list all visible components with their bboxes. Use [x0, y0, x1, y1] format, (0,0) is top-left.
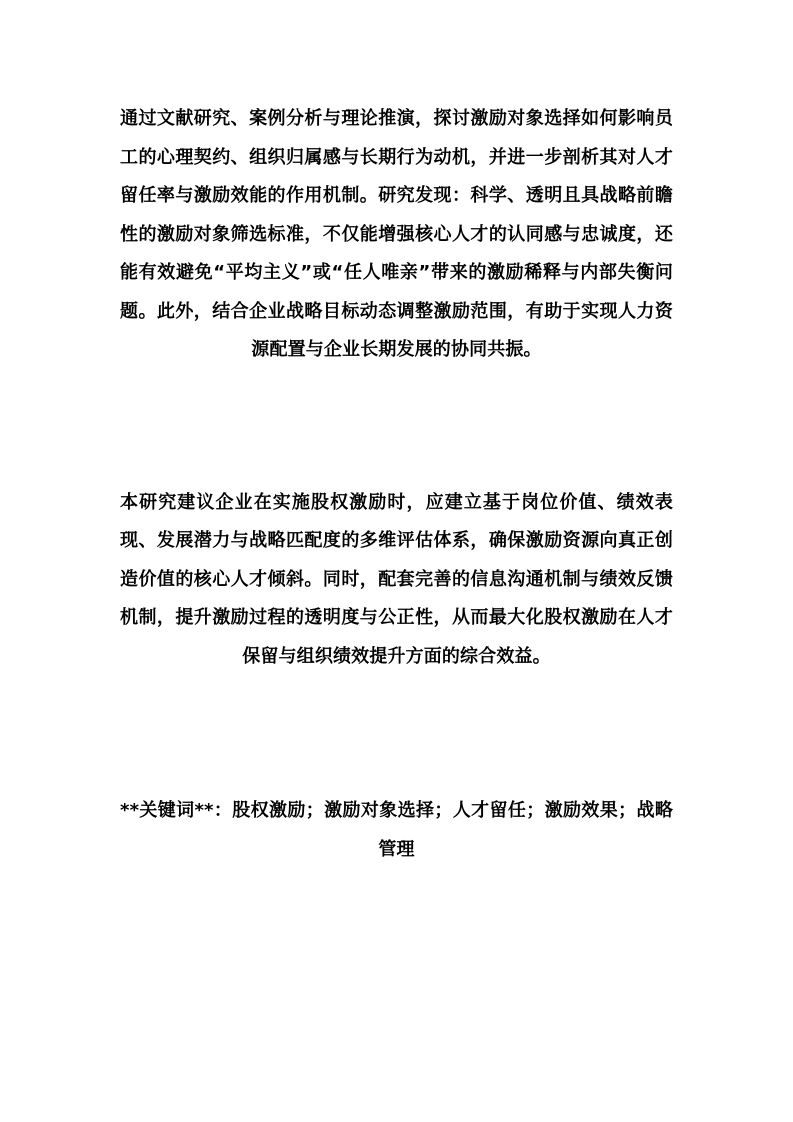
- document-page: 通过文献研究、案例分析与理论推演，探讨激励对象选择如何影响员工的心理契约、组织归…: [120, 100, 673, 869]
- keywords-paragraph: **关键词**：股权激励；激励对象选择；人才留任；激励效果；战略管理: [120, 792, 673, 869]
- abstract-paragraph-recommendations: 本研究建议企业在实施股权激励时，应建立基于岗位价值、绩效表现、发展潜力与战略匹配…: [120, 484, 673, 677]
- abstract-paragraph-findings: 通过文献研究、案例分析与理论推演，探讨激励对象选择如何影响员工的心理契约、组织归…: [120, 100, 673, 370]
